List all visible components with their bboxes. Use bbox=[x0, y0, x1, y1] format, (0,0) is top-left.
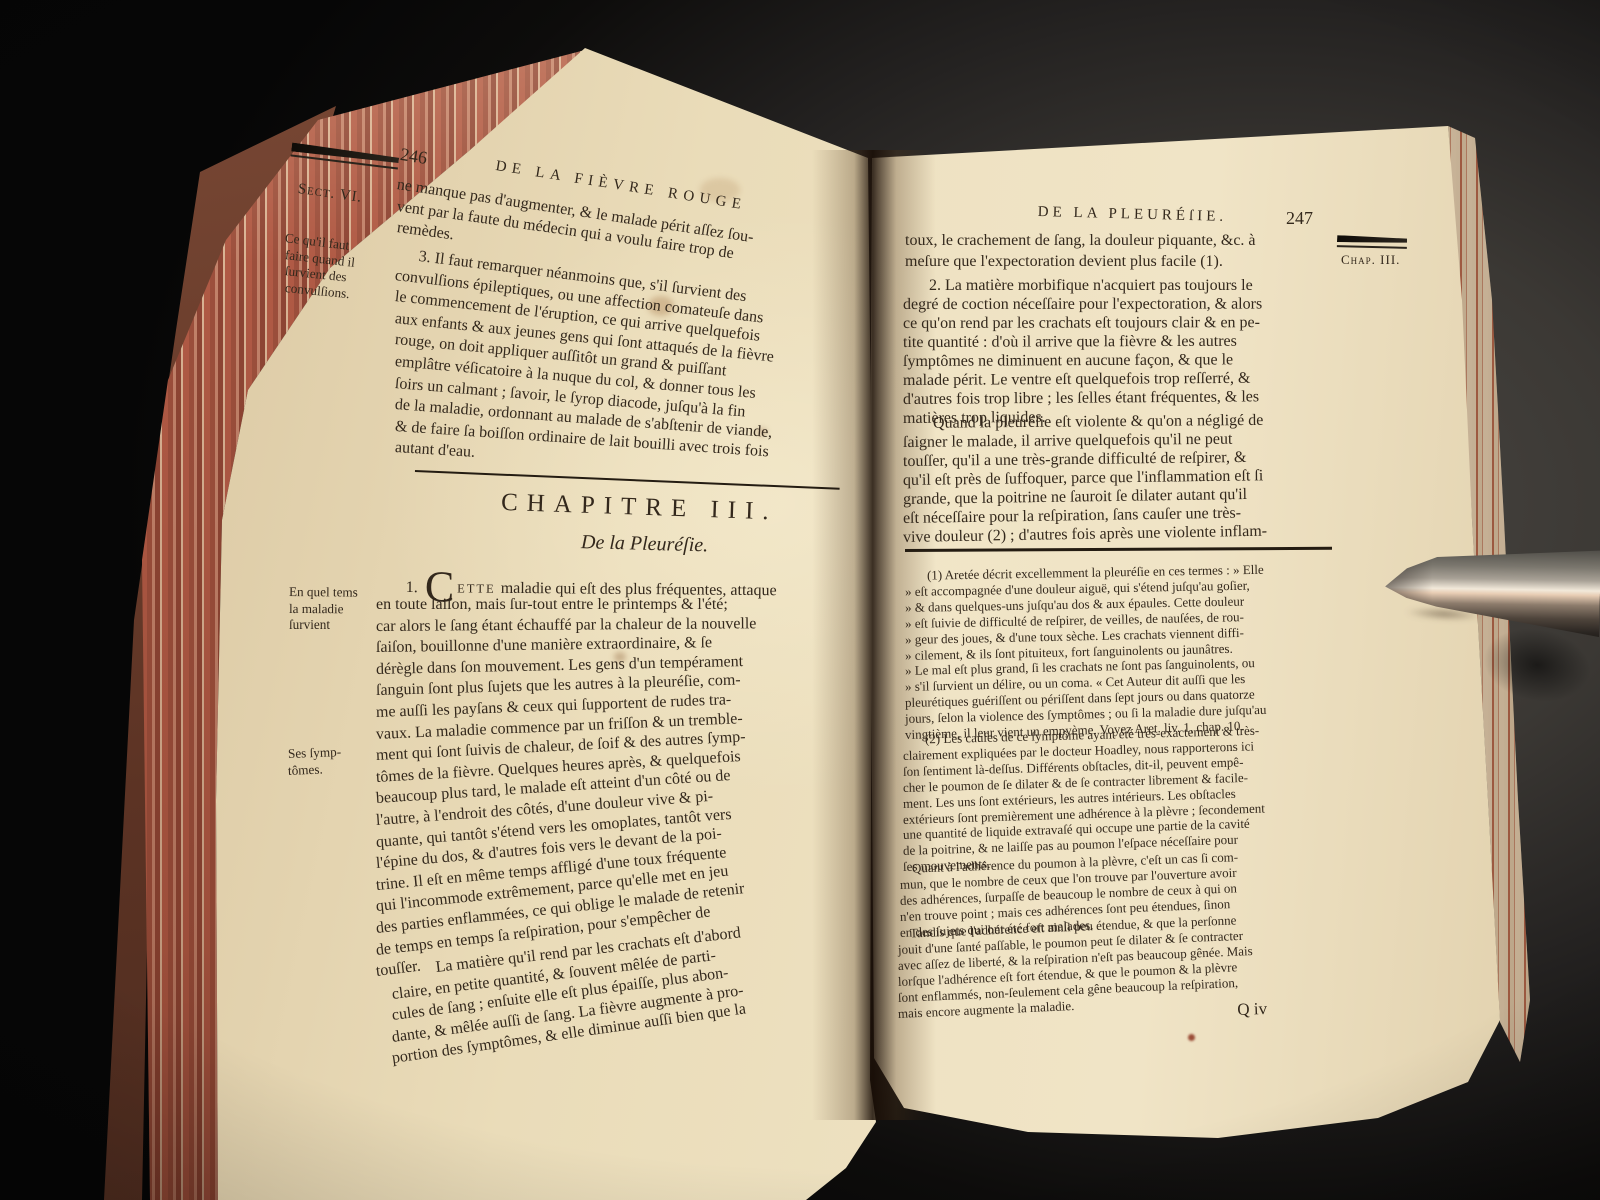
text-line: tômes. bbox=[288, 760, 342, 779]
text-line: tite quantité : d'où il arrive que la fi… bbox=[903, 332, 1262, 352]
text-line: 2. La matière morbifique n'acquiert pas … bbox=[903, 276, 1262, 295]
text-line: toux, le crachement de ſang, la douleur … bbox=[905, 230, 1256, 251]
paragraph-fievre-continuation: ne manque pas d'augmenter, & le malade p… bbox=[397, 174, 757, 239]
text-line: ſurvient bbox=[289, 617, 358, 634]
margin-note-onset: En quel temsla maladieſurvient bbox=[289, 584, 358, 634]
margin-note-convulsions: Ce qu'il fautfaire quand ilſurvient desc… bbox=[285, 230, 355, 296]
page-number-left: 246 bbox=[399, 144, 429, 169]
paragraph-remarque-3: 3. Il faut remarquer néanmoins que, s'il… bbox=[395, 243, 776, 459]
paragraph-pleuresie-body: en toute ſaiſon, mais ſur-tout entre le … bbox=[376, 594, 756, 983]
margin-ornament-right bbox=[1337, 235, 1407, 248]
page-number-right: 247 bbox=[1286, 208, 1313, 229]
signature-mark: Q iv bbox=[1237, 999, 1267, 1020]
paragraph-toux-continuation: toux, le crachement de ſang, la douleur … bbox=[905, 230, 1256, 272]
paragraph-quand-pleuresie: Quand la pleuréſie eſt violente & qu'on … bbox=[903, 414, 1267, 547]
text-line: Ses ſymp- bbox=[288, 744, 342, 762]
text-line: en toute ſaiſon, mais ſur-tout entre le … bbox=[376, 594, 756, 616]
text-line: En quel tems bbox=[289, 584, 358, 601]
text-line: ſymptômes ne diminuent en aucune façon, … bbox=[903, 350, 1262, 371]
paragraph-matiere-crachats: La matière qu'il rend par les crachats e… bbox=[392, 962, 749, 1070]
book-photograph: Sect. VI. 246 DE LA FIÈVRE ROUGE ne manq… bbox=[0, 0, 1600, 1200]
text-line: la maladie bbox=[289, 601, 358, 618]
text-line: ce qu'on rend par les crachats eſt toujo… bbox=[903, 313, 1262, 333]
text-line: meſure que l'expectoration devient plus … bbox=[905, 251, 1256, 272]
text-line: degré de coction néceſſaire pour l'expec… bbox=[903, 295, 1262, 314]
footnote-2-hoadley-part3: Tandis que l'adhérence eſt ainſi peu éte… bbox=[898, 926, 1253, 1021]
footnote-1-aretee: (1) Aretée décrit excellemment la pleuré… bbox=[905, 568, 1267, 743]
chapter-label-margin: Chap. III. bbox=[1341, 252, 1400, 268]
red-ink-dot bbox=[1188, 1034, 1195, 1041]
paragraph-matiere-morbifique: 2. La matière morbifique n'acquiert pas … bbox=[903, 276, 1262, 428]
margin-note-symptoms: Ses ſymp-tômes. bbox=[288, 746, 341, 779]
ornament-bar bbox=[1337, 235, 1407, 244]
